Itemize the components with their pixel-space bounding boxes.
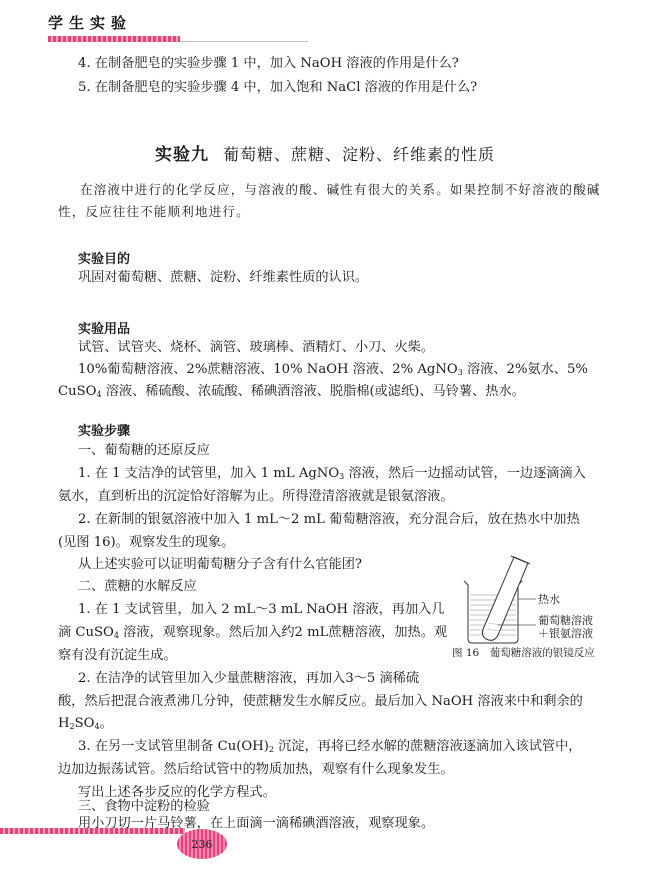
part1-question: 从上述实验可以证明葡萄糖分子含有什么官能团? [78,555,362,575]
label-hot-water: 热水 [538,591,560,607]
page-number: 236 [192,838,213,851]
experiment-title: 实验九葡萄糖、蔗糖、淀粉、纤维素的性质 [155,140,495,165]
part1-title: 一、葡萄糖的还原反应 [78,441,210,461]
intro-line-2: 性，反应往往不能顺利地进行。 [58,202,250,222]
footer-pink-stripe [0,828,185,834]
part1-step2-line1: 2. 在新制的银氨溶液中加入 1 mL～2 mL 葡萄糖溶液，充分混合后，放在热… [78,510,580,530]
question-4: 4. 在制备肥皂的实验步骤 1 中，加入 NaOH 溶液的作用是什么? [78,54,459,74]
question-5: 5. 在制备肥皂的实验步骤 4 中，加入饱和 NaCl 溶液的作用是什么? [78,78,477,98]
materials-line-1: 试管、试管夹、烧杯、滴管、玻璃棒、酒精灯、小刀、火柴。 [78,338,434,358]
part2-title: 二、蔗糖的水解反应 [78,577,197,597]
part2-step3-line2: 边加边振荡试管。然后给试管中的物质加热，观察有什么现象发生。 [58,760,454,780]
figure-caption: 图 16 葡萄糖溶液的银镜反应 [452,645,595,660]
label-silver-ammonia: ＋银氨溶液 [538,625,593,641]
experiment-name: 葡萄糖、蔗糖、淀粉、纤维素的性质 [223,145,495,164]
part1-step2-line2: (见图 16)。观察发生的现象。 [58,533,234,553]
purpose-heading: 实验目的 [78,248,130,267]
header-pink-stripe [48,36,180,42]
purpose-text: 巩固对葡萄糖、蔗糖、淀粉、纤维素性质的认识。 [78,268,368,288]
intro-line-1: 在溶液中进行的化学反应，与溶液的酸、碱性有很大的关系。如果控制不好溶液的酸碱 [80,180,601,200]
part2-step3-line1: 3. 在另一支试管里制备 Cu(OH)2 沉淀，再将已经水解的蔗糖溶液逐滴加入该… [78,737,581,760]
materials-line-3: CuSO4 溶液、稀硫酸、浓硫酸、稀碘酒溶液、脱脂棉(或滤纸)、马铃薯、热水。 [58,382,525,405]
part1-step1-line2: 氨水，直到析出的沉淀恰好溶解为止。所得澄清溶液就是银氨溶液。 [58,487,454,507]
part2-step1-line3: 察有没有沉淀生成。 [58,646,177,666]
materials-line-2: 10%葡萄糖溶液、2%蔗糖溶液、10% NaOH 溶液、2% AgNO3 溶液、… [78,360,588,383]
part2-step2-line3: H2SO4。 [58,714,113,737]
steps-heading: 实验步骤 [78,420,130,439]
part2-step2-line1: 2. 在洁净的试管里加入少量蔗糖溶液，再加入3～5 滴稀硫 [78,669,419,689]
page-number-badge: 236 [177,829,227,859]
experiment-number: 实验九 [155,145,209,165]
part2-step2-line2: 酸，然后把混合液煮沸几分钟，使蔗糖发生水解反应。最后加入 NaOH 溶液来中和剩… [58,692,583,712]
header-rule [180,41,308,42]
materials-heading: 实验用品 [78,318,130,337]
section-header-title: 学生实验 [48,12,132,33]
part2-step1-line1: 1. 在 1 支试管里，加入 2 mL～3 mL NaOH 溶液，再加入几 [78,600,445,620]
part2-step1-line2: 滴 CuSO4 溶液，观察现象。然后加入约2 mL蔗糖溶液，加热。观 [58,623,447,646]
part1-step1-line1: 1. 在 1 支洁净的试管里，加入 1 mL AgNO3 溶液，然后一边摇动试管… [78,464,586,487]
